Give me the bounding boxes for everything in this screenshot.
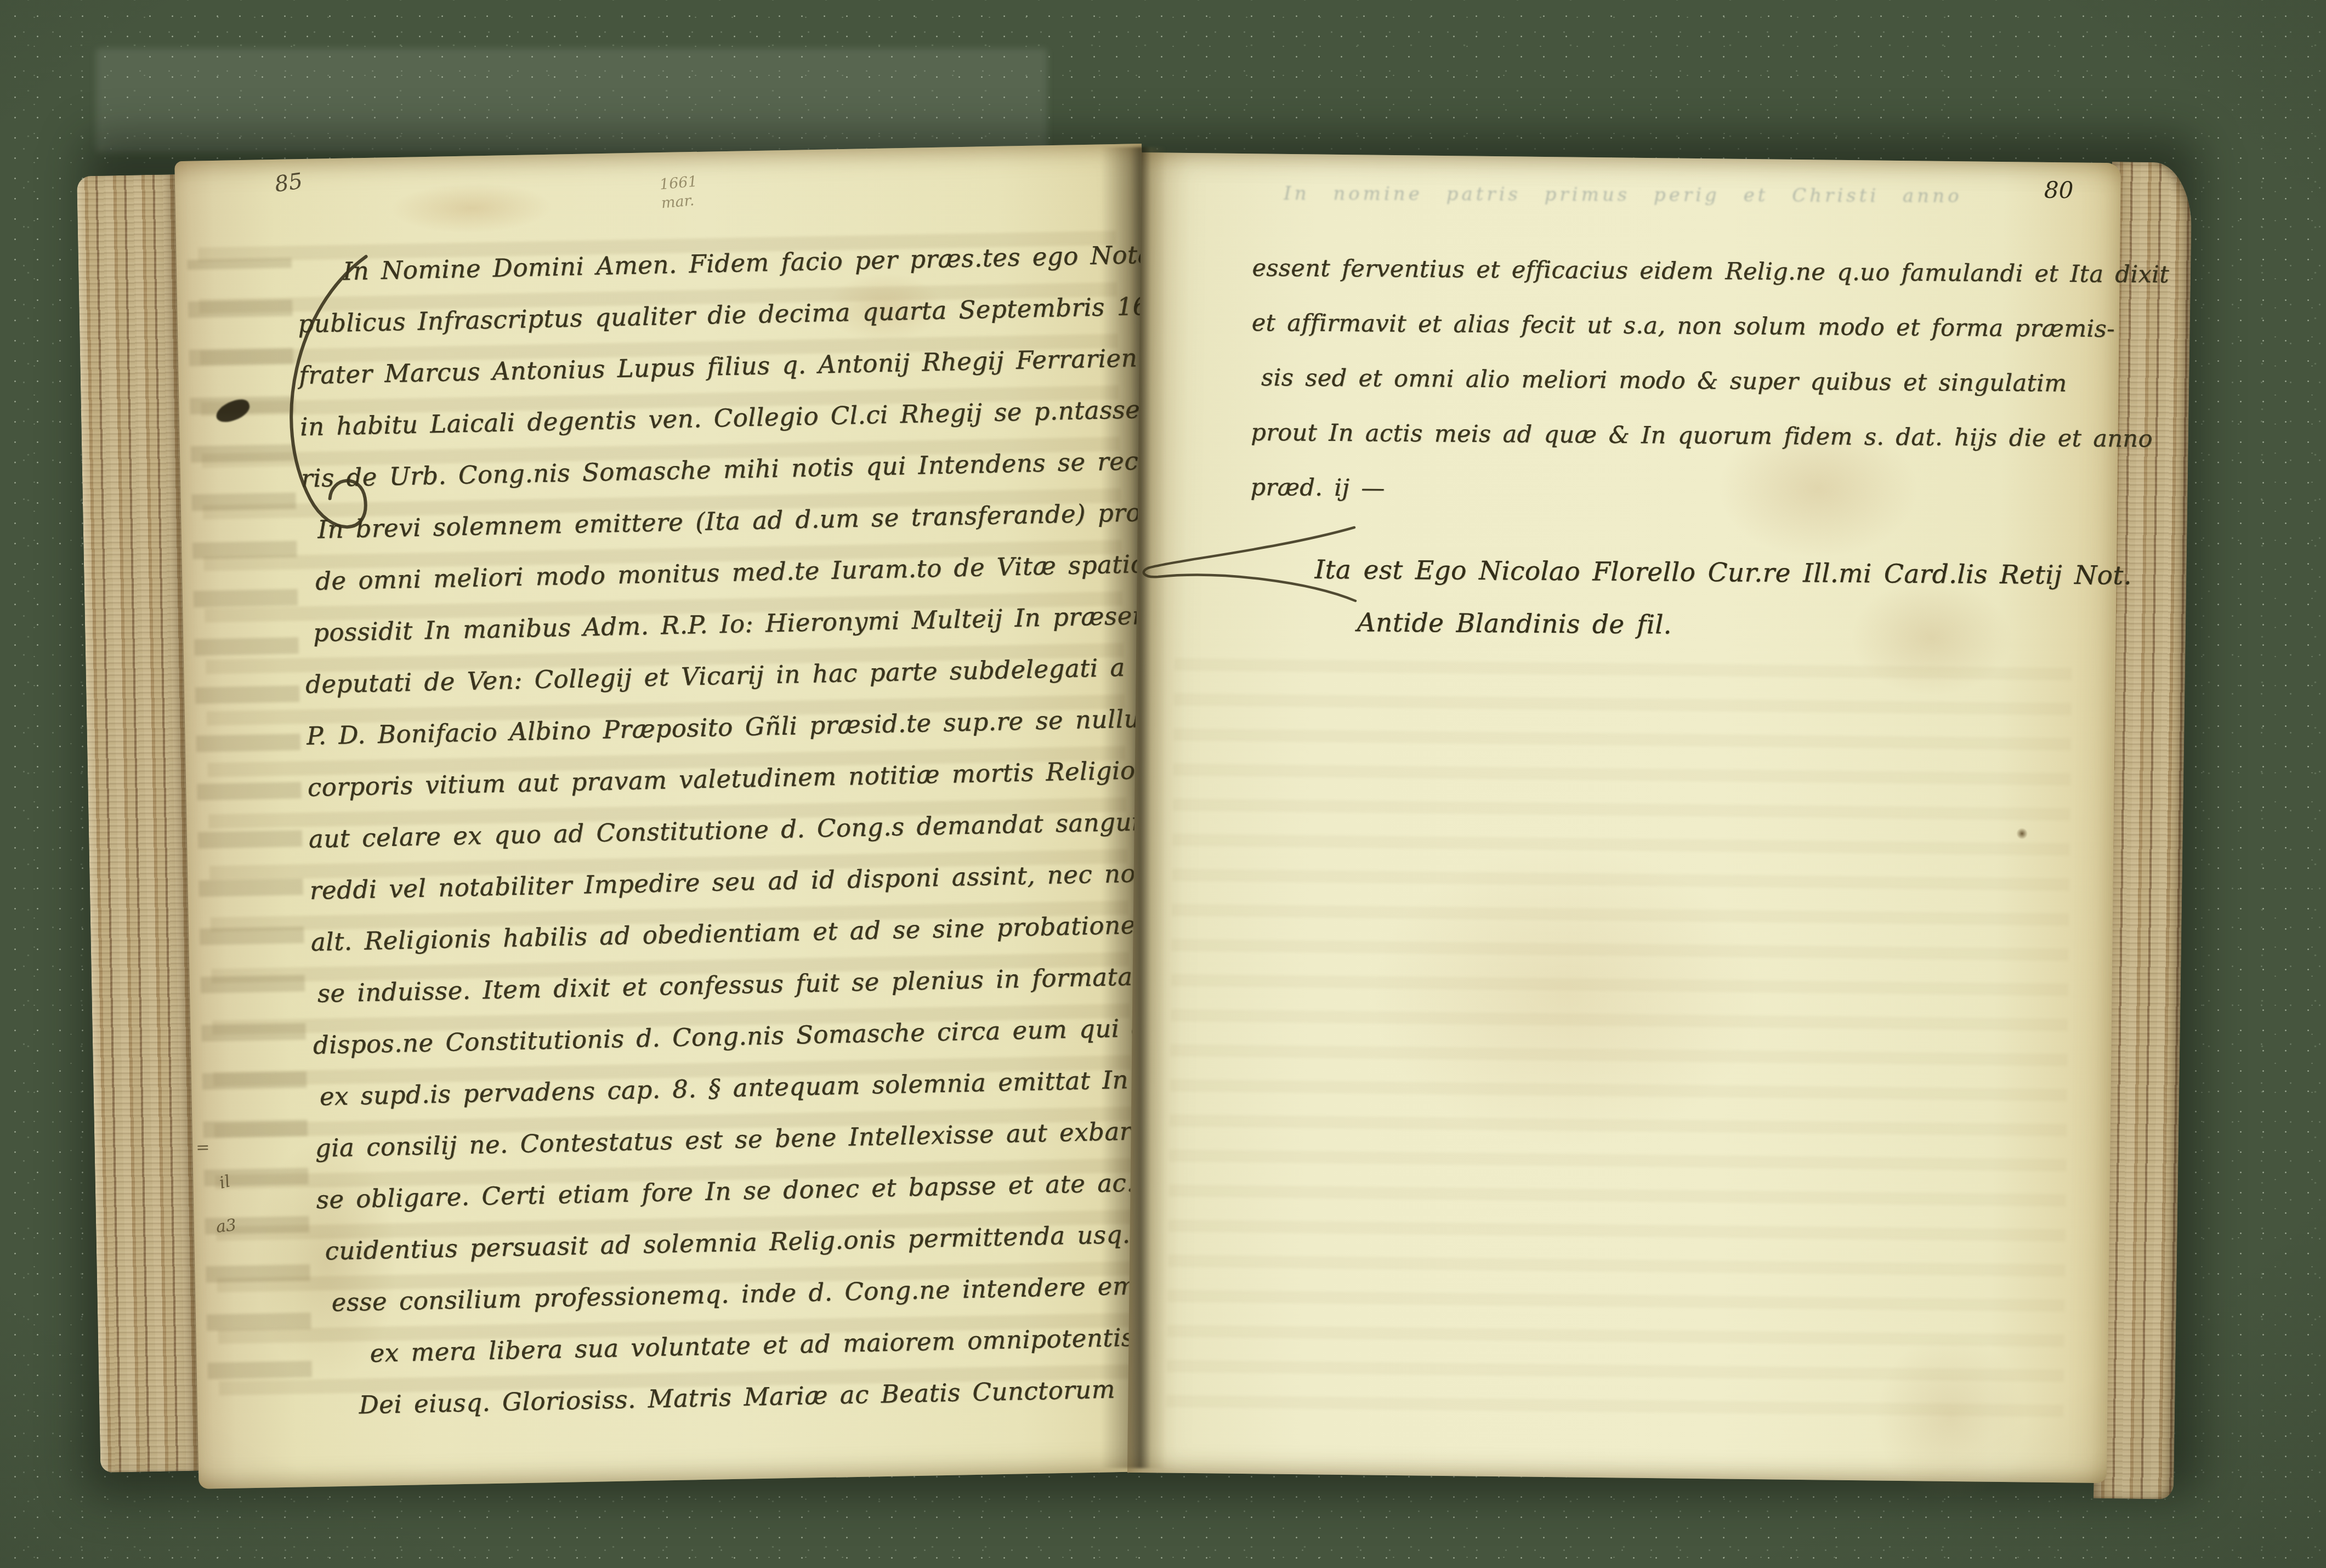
paper-stain	[1845, 1300, 2056, 1533]
marginal-month: mar.	[661, 191, 700, 213]
manuscript-line: sis sed et omni alio meliori modo & supe…	[1261, 350, 2115, 411]
manuscript-line: prout In actis meis ad quæ & In quorum f…	[1251, 405, 2115, 467]
signature-line: Ita est Ego Nicolao Florello Cur.re Ill.…	[1314, 544, 2114, 603]
manuscript-line: essent ferventius et efficacius eidem Re…	[1252, 241, 2116, 302]
manuscript-line: et affirmavit et alias fecit ut s.a, non…	[1252, 296, 2116, 357]
ink-blot	[213, 396, 253, 425]
bleed-through-margin	[188, 258, 312, 1379]
manuscript-book: = il a3 85 1661 mar. In Nomine Domini Am…	[0, 0, 2326, 1568]
bleed-through-texture	[1166, 646, 2072, 1417]
signature-line: Antide Blandinis de fil.	[1357, 596, 2114, 655]
right-page: 80 In nomine patris primus perig et Chri…	[1127, 152, 2121, 1483]
ghost-heading-bleed: In nomine patris primus perig et Christi…	[1284, 183, 1962, 207]
paper-stain	[356, 171, 587, 246]
folio-corner-mark: 85	[273, 168, 304, 197]
paper-stain	[1295, 785, 1836, 1207]
margin-mark: a3	[215, 1215, 237, 1237]
right-page-text: essent ferventius et efficacius eidem Re…	[1250, 241, 2116, 655]
fox-spot	[2015, 826, 2029, 840]
margin-mark: =	[196, 1138, 210, 1157]
marginal-date-note: 1661 mar.	[659, 173, 700, 213]
page-number: 80	[2044, 177, 2074, 204]
margin-mark: il	[218, 1172, 232, 1192]
left-page: = il a3 85 1661 mar. In Nomine Domini Am…	[174, 144, 1166, 1489]
left-page-text: In Nomine Domini Amen. Fidem facio per p…	[296, 229, 1154, 1431]
photo-scene: = il a3 85 1661 mar. In Nomine Domini Am…	[0, 0, 2326, 1568]
notary-attestation: Ita est Ego Nicolao Florello Cur.re Ill.…	[1250, 543, 2114, 655]
manuscript-line: præd. ij —	[1250, 460, 2114, 521]
